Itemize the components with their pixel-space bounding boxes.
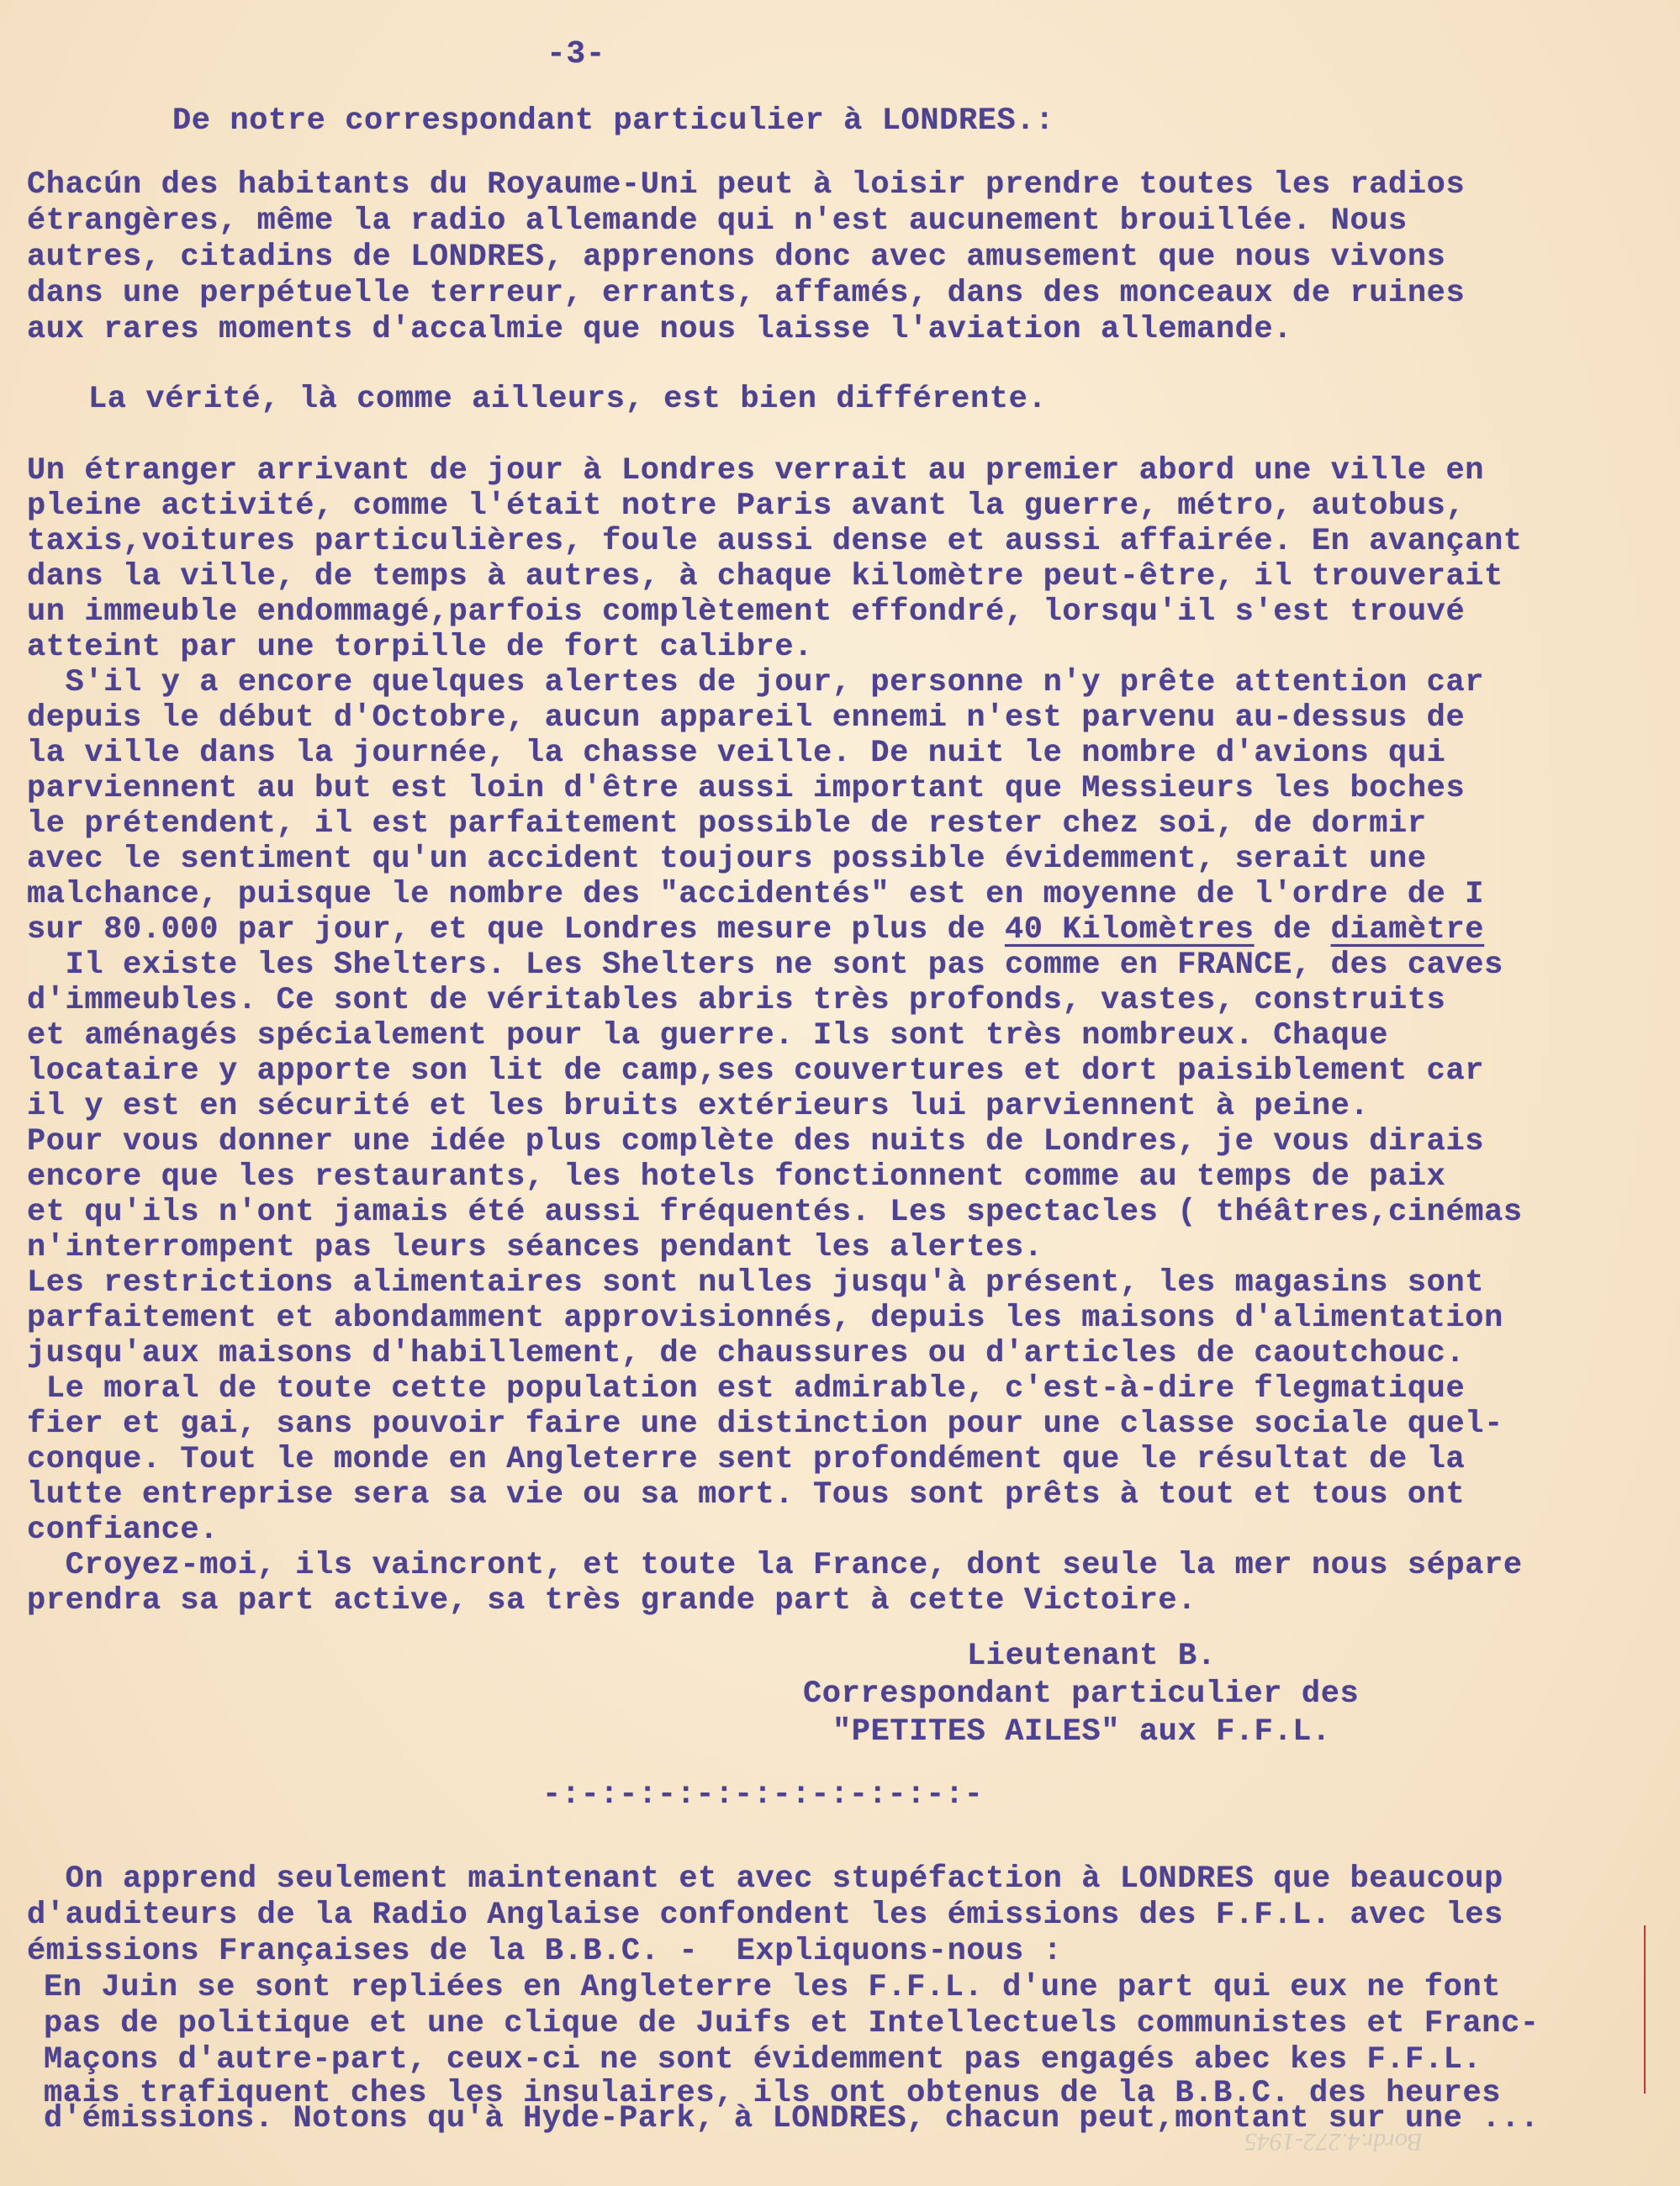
article2-line: En Juin se sont repliées en Angleterre l…	[44, 1971, 1501, 2005]
red-margin-bracket	[1644, 1925, 1657, 2094]
body-line: jusqu'aux maisons d'habillement, de chau…	[27, 1337, 1465, 1371]
body-line: conque. Tout le monde en Angleterre sent…	[27, 1443, 1465, 1477]
body-line: prendra sa part active, sa très grande p…	[27, 1584, 1197, 1618]
line-text: de	[1254, 912, 1330, 948]
body-line: lutte entreprise sera sa vie ou sa mort.…	[27, 1478, 1465, 1513]
body-line: La vérité, là comme ailleurs, est bien d…	[88, 383, 1047, 417]
body-line: étrangères, même la radio allemande qui …	[27, 204, 1408, 239]
body-line: et qu'ils n'ont jamais été aussi fréquen…	[27, 1196, 1523, 1230]
underlined-diameter: diamètre	[1331, 912, 1484, 948]
body-line: avec le sentiment qu'un accident toujour…	[27, 842, 1427, 877]
body-line: fier et gai, sans pouvoir faire une dist…	[27, 1407, 1503, 1442]
body-line: confiance.	[27, 1513, 219, 1548]
article2-line: On apprend seulement maintenant et avec …	[27, 1862, 1503, 1897]
body-line: dans une perpétuelle terreur, errants, a…	[27, 277, 1465, 311]
body-line: S'il y a encore quelques alertes de jour…	[27, 666, 1484, 700]
body-line-with-underline: sur 80.000 par jour, et que Londres mesu…	[27, 913, 1484, 948]
body-line: parfaitement et abondamment approvisionn…	[27, 1302, 1503, 1336]
body-line: Le moral de toute cette population est a…	[27, 1372, 1465, 1407]
article2-line: Maçons d'autre-part, ceux-ci ne sont évi…	[44, 2043, 1482, 2078]
body-line: Les restrictions alimentaires sont nulle…	[27, 1266, 1484, 1301]
body-line: atteint par une torpille de fort calibre…	[27, 631, 813, 665]
body-line: et aménagés spécialement pour la guerre.…	[27, 1019, 1388, 1053]
article-heading: De notre correspondant particulier à LON…	[172, 104, 1054, 139]
article2-line: d'auditeurs de la Radio Anglaise confond…	[27, 1898, 1503, 1933]
signature-title-line1: Correspondant particulier des	[803, 1677, 1359, 1712]
article2-line: pas de politique et une clique de Juifs …	[44, 2007, 1540, 2041]
signature-title-line2: "PETITES AILES" aux F.F.L.	[832, 1715, 1331, 1750]
body-line: aux rares moments d'accalmie que nous la…	[27, 313, 1292, 347]
body-line: parviennent au but est loin d'être aussi…	[27, 772, 1465, 806]
section-separator: -:-:-:-:-:-:-:-:-:-:-:-	[542, 1778, 983, 1813]
body-line: il y est en sécurité et les bruits extér…	[27, 1090, 1369, 1124]
typed-document-page: -3- De notre correspondant particulier à…	[0, 0, 1680, 2186]
body-line: locataire y apporte son lit de camp,ses …	[27, 1054, 1484, 1089]
underlined-distance: 40 Kilomètres	[1005, 912, 1254, 948]
body-line: n'interrompent pas leurs séances pendant…	[27, 1231, 1043, 1265]
body-line: un immeuble endommagé,parfois complèteme…	[27, 595, 1465, 630]
body-line: depuis le début d'Octobre, aucun apparei…	[27, 701, 1465, 736]
body-line: Il existe les Shelters. Les Shelters ne …	[27, 948, 1503, 983]
body-line: encore que les restaurants, les hotels f…	[27, 1160, 1445, 1195]
body-line: taxis,voitures particulières, foule auss…	[27, 525, 1523, 559]
archive-stamp: Bordr.4.272-1945	[1244, 2127, 1423, 2156]
body-line: la ville dans la journée, la chasse veil…	[27, 737, 1445, 771]
body-line: dans la ville, de temps à autres, à chaq…	[27, 560, 1503, 594]
line-text: sur 80.000 par jour, et que Londres mesu…	[27, 912, 1005, 948]
body-line: d'immeubles. Ce sont de véritables abris…	[27, 984, 1445, 1018]
body-line: Croyez-moi, ils vaincront, et toute la F…	[27, 1549, 1523, 1583]
body-line: Un étranger arrivant de jour à Londres v…	[27, 454, 1484, 488]
article2-line: émissions Françaises de la B.B.C. - Expl…	[27, 1935, 1062, 1969]
body-line: malchance, puisque le nombre des "accide…	[27, 878, 1484, 912]
body-line: pleine activité, comme l'était notre Par…	[27, 489, 1465, 524]
body-line: Chacún des habitants du Royaume-Uni peut…	[27, 168, 1465, 203]
page-number: -3-	[547, 37, 605, 71]
body-line: le prétendent, il est parfaitement possi…	[27, 807, 1427, 842]
body-line: Pour vous donner une idée plus complète …	[27, 1125, 1484, 1159]
body-line: autres, citadins de LONDRES, apprenons d…	[27, 240, 1445, 275]
signature-name: Lieutenant B.	[967, 1639, 1216, 1674]
